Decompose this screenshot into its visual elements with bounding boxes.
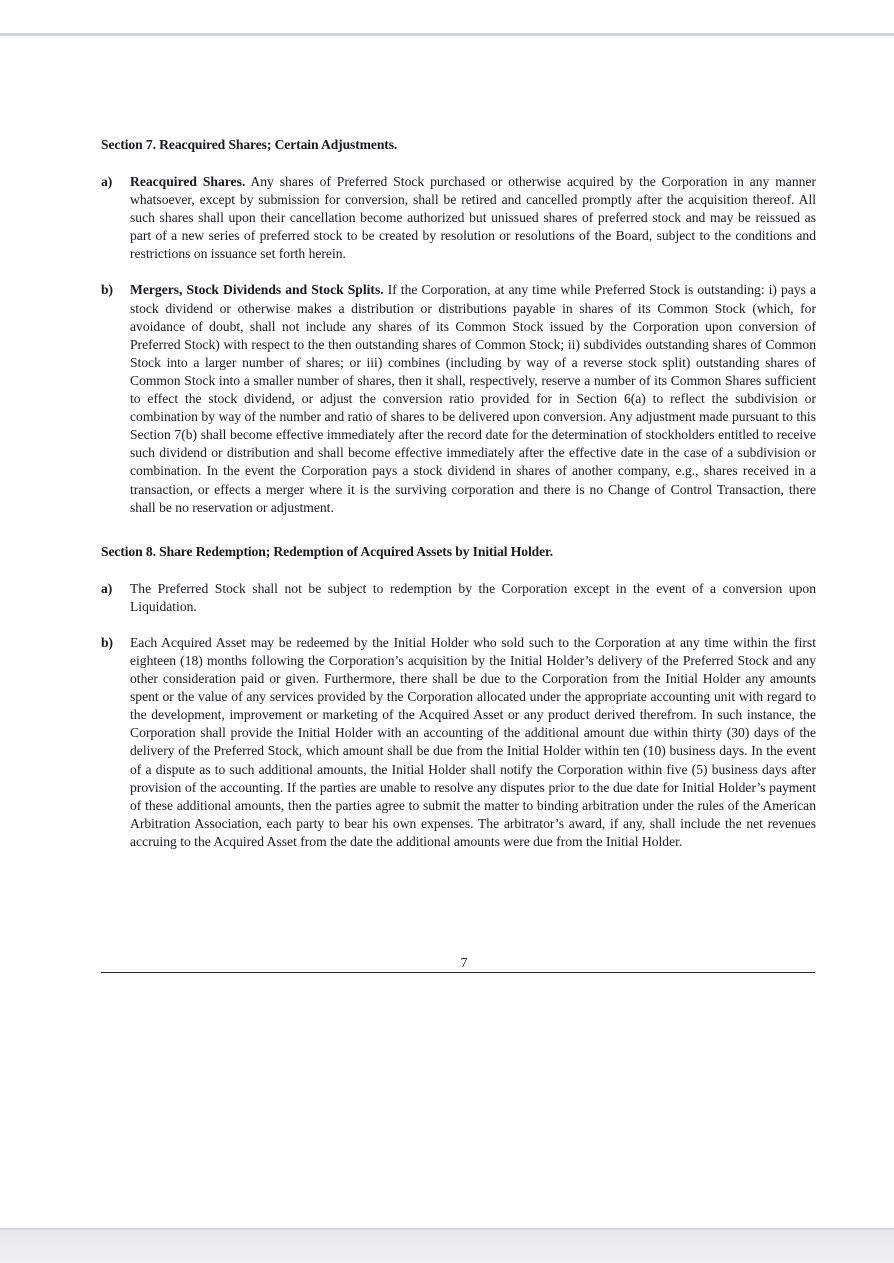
page-footer: 7 [101, 955, 815, 973]
section-8-clause-a: a) The Preferred Stock shall not be subj… [101, 580, 816, 616]
document-page: Section 7. Reacquired Shares; Certain Ad… [101, 136, 816, 851]
clause-text: Each Acquired Asset may be redeemed by t… [130, 635, 816, 849]
section-7-clause-a: a) Reacquired Shares. Any shares of Pref… [101, 173, 816, 263]
clause-title: Mergers, Stock Dividends and Stock Split… [130, 282, 384, 297]
clause-letter: b) [101, 281, 113, 299]
section-7-heading: Section 7. Reacquired Shares; Certain Ad… [101, 136, 816, 154]
section-8-clause-b: b) Each Acquired Asset may be redeemed b… [101, 634, 816, 851]
clause-title: Reacquired Shares. [130, 174, 245, 189]
scan-bottom-edge [0, 1228, 894, 1263]
clause-text: The Preferred Stock shall not be subject… [130, 581, 816, 614]
scan-top-edge [0, 33, 894, 36]
clause-letter: a) [101, 173, 112, 191]
footer-rule [101, 972, 815, 973]
section-7-clause-b: b) Mergers, Stock Dividends and Stock Sp… [101, 281, 816, 516]
clause-letter: a) [101, 580, 112, 598]
page-number: 7 [101, 955, 815, 971]
clause-letter: b) [101, 634, 113, 652]
section-8-heading: Section 8. Share Redemption; Redemption … [101, 543, 816, 561]
clause-text: If the Corporation, at any time while Pr… [130, 282, 816, 514]
